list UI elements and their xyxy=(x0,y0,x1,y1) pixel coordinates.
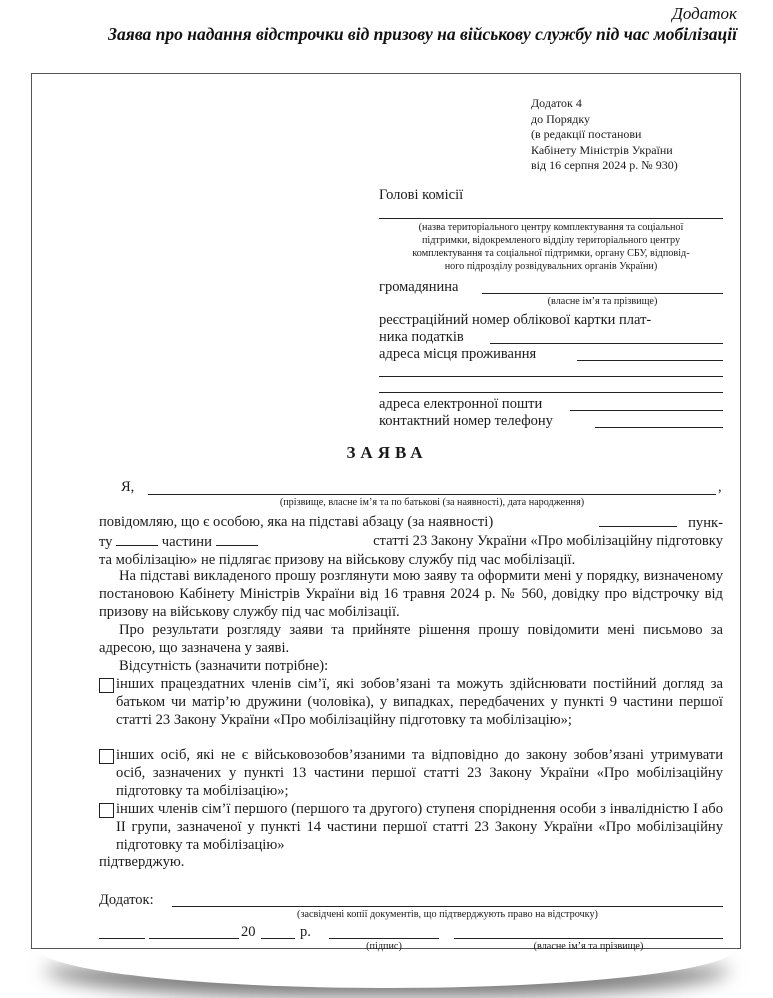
tax-label-2: ника податків xyxy=(379,329,464,346)
p1-text: ту xyxy=(99,534,112,550)
option-1-checkbox[interactable] xyxy=(99,678,114,693)
phone-label: контактний номер телефону xyxy=(379,413,553,430)
attachment-label: Додаток: xyxy=(99,892,154,909)
paragraph-notify: Про результати розгляду заяви та прийнят… xyxy=(99,622,723,658)
email-field[interactable] xyxy=(570,410,723,411)
page-shadow xyxy=(38,948,736,988)
part-field[interactable] xyxy=(216,533,258,546)
tax-label-1: реєстраційний номер облікової картки пла… xyxy=(379,312,651,329)
paragraph-declaration: повідомляю, що є особою, яка на підставі… xyxy=(99,514,723,569)
comma: , xyxy=(718,479,722,496)
hint-line: підтримки, відокремленого відділу терито… xyxy=(377,234,725,247)
citizen-hint: (власне ім’я та прізвище) xyxy=(482,295,723,308)
hint-line: комплектування та соціальної підтримки, … xyxy=(377,247,725,260)
i-label: Я, xyxy=(121,479,134,496)
option-3: інших членів сім’ї першого (першого та д… xyxy=(99,801,723,854)
signature-field[interactable] xyxy=(329,938,439,939)
signature-hint: (підпис) xyxy=(329,940,439,953)
year-field[interactable] xyxy=(261,938,295,939)
confirm-text: підтверджую. xyxy=(99,854,184,872)
hint-line: (назва територіального центру комплектув… xyxy=(377,221,725,234)
option-1: інших працездатних членів сім’ї, які зоб… xyxy=(99,676,723,729)
annex-line: Кабінету Міністрів України xyxy=(531,143,678,159)
attachment-hint: (засвідчені копії документів, що підтвер… xyxy=(172,908,723,921)
statement-title: ЗАЯВА xyxy=(32,443,742,463)
addressee-org-hint: (назва територіального центру комплектув… xyxy=(377,221,725,273)
p1-text: та мобілізацію» не підлягає призову на в… xyxy=(99,552,723,570)
point-field[interactable] xyxy=(116,533,158,546)
paragraph-field[interactable] xyxy=(599,514,677,527)
addressee-org-field[interactable] xyxy=(379,218,723,219)
address-field-line-2[interactable] xyxy=(379,376,723,377)
annex-line: Додаток 4 xyxy=(531,96,678,112)
citizen-label: громадянина xyxy=(379,279,458,296)
p1-text: повідомляю, що є особою, яка на підставі… xyxy=(99,514,493,533)
year-prefix: 20 xyxy=(241,924,256,941)
month-field[interactable] xyxy=(149,938,239,939)
paragraph-request: На підставі викладеного прошу розглянути… xyxy=(99,568,723,621)
form-page: Додаток 4 до Порядку (в редакції постано… xyxy=(31,73,741,949)
option-3-checkbox[interactable] xyxy=(99,803,114,818)
applicant-hint: (прізвище, власне ім’я та по батькові (з… xyxy=(148,496,716,509)
address-field-line-3[interactable] xyxy=(379,392,723,393)
day-field[interactable] xyxy=(99,938,145,939)
signer-name-hint: (власне ім’я та прізвище) xyxy=(454,940,723,953)
option-2-text: інших осіб, які не є військовозобов’язан… xyxy=(99,747,723,800)
applicant-name-field[interactable] xyxy=(148,494,716,495)
option-2-checkbox[interactable] xyxy=(99,749,114,764)
p1-text: пунк- xyxy=(688,515,723,531)
absence-label: Відсутність (зазначити потрібне): xyxy=(119,658,328,676)
caption-label: Додаток xyxy=(672,4,737,24)
year-suffix: р. xyxy=(300,924,311,941)
address-field[interactable] xyxy=(577,360,723,361)
hint-line: ного підрозділу розвідувальних органів У… xyxy=(377,260,725,273)
p1-text: статті 23 Закону України «Про мобілізаці… xyxy=(373,533,723,552)
phone-field[interactable] xyxy=(595,427,723,428)
annex-line: до Порядку xyxy=(531,112,678,128)
citizen-name-field[interactable] xyxy=(482,293,723,294)
p1-text: частини xyxy=(162,534,212,550)
address-label: адреса місця проживання xyxy=(379,346,536,363)
option-1-text: інших працездатних членів сім’ї, які зоб… xyxy=(99,676,723,729)
annex-reference: Додаток 4 до Порядку (в редакції постано… xyxy=(531,96,678,174)
attachment-field[interactable] xyxy=(172,906,723,907)
signer-name-field[interactable] xyxy=(454,938,723,939)
addressee-to: Голові комісії xyxy=(379,187,463,204)
option-3-text: інших членів сім’ї першого (першого та д… xyxy=(99,801,723,854)
annex-line: (в редакції постанови xyxy=(531,127,678,143)
annex-line: від 16 серпня 2024 р. № 930) xyxy=(531,158,678,174)
tax-number-field[interactable] xyxy=(490,343,723,344)
caption-title: Заява про надання відстрочки від призову… xyxy=(108,24,737,45)
email-label: адреса електронної пошти xyxy=(379,396,542,413)
option-2: інших осіб, які не є військовозобов’язан… xyxy=(99,747,723,800)
